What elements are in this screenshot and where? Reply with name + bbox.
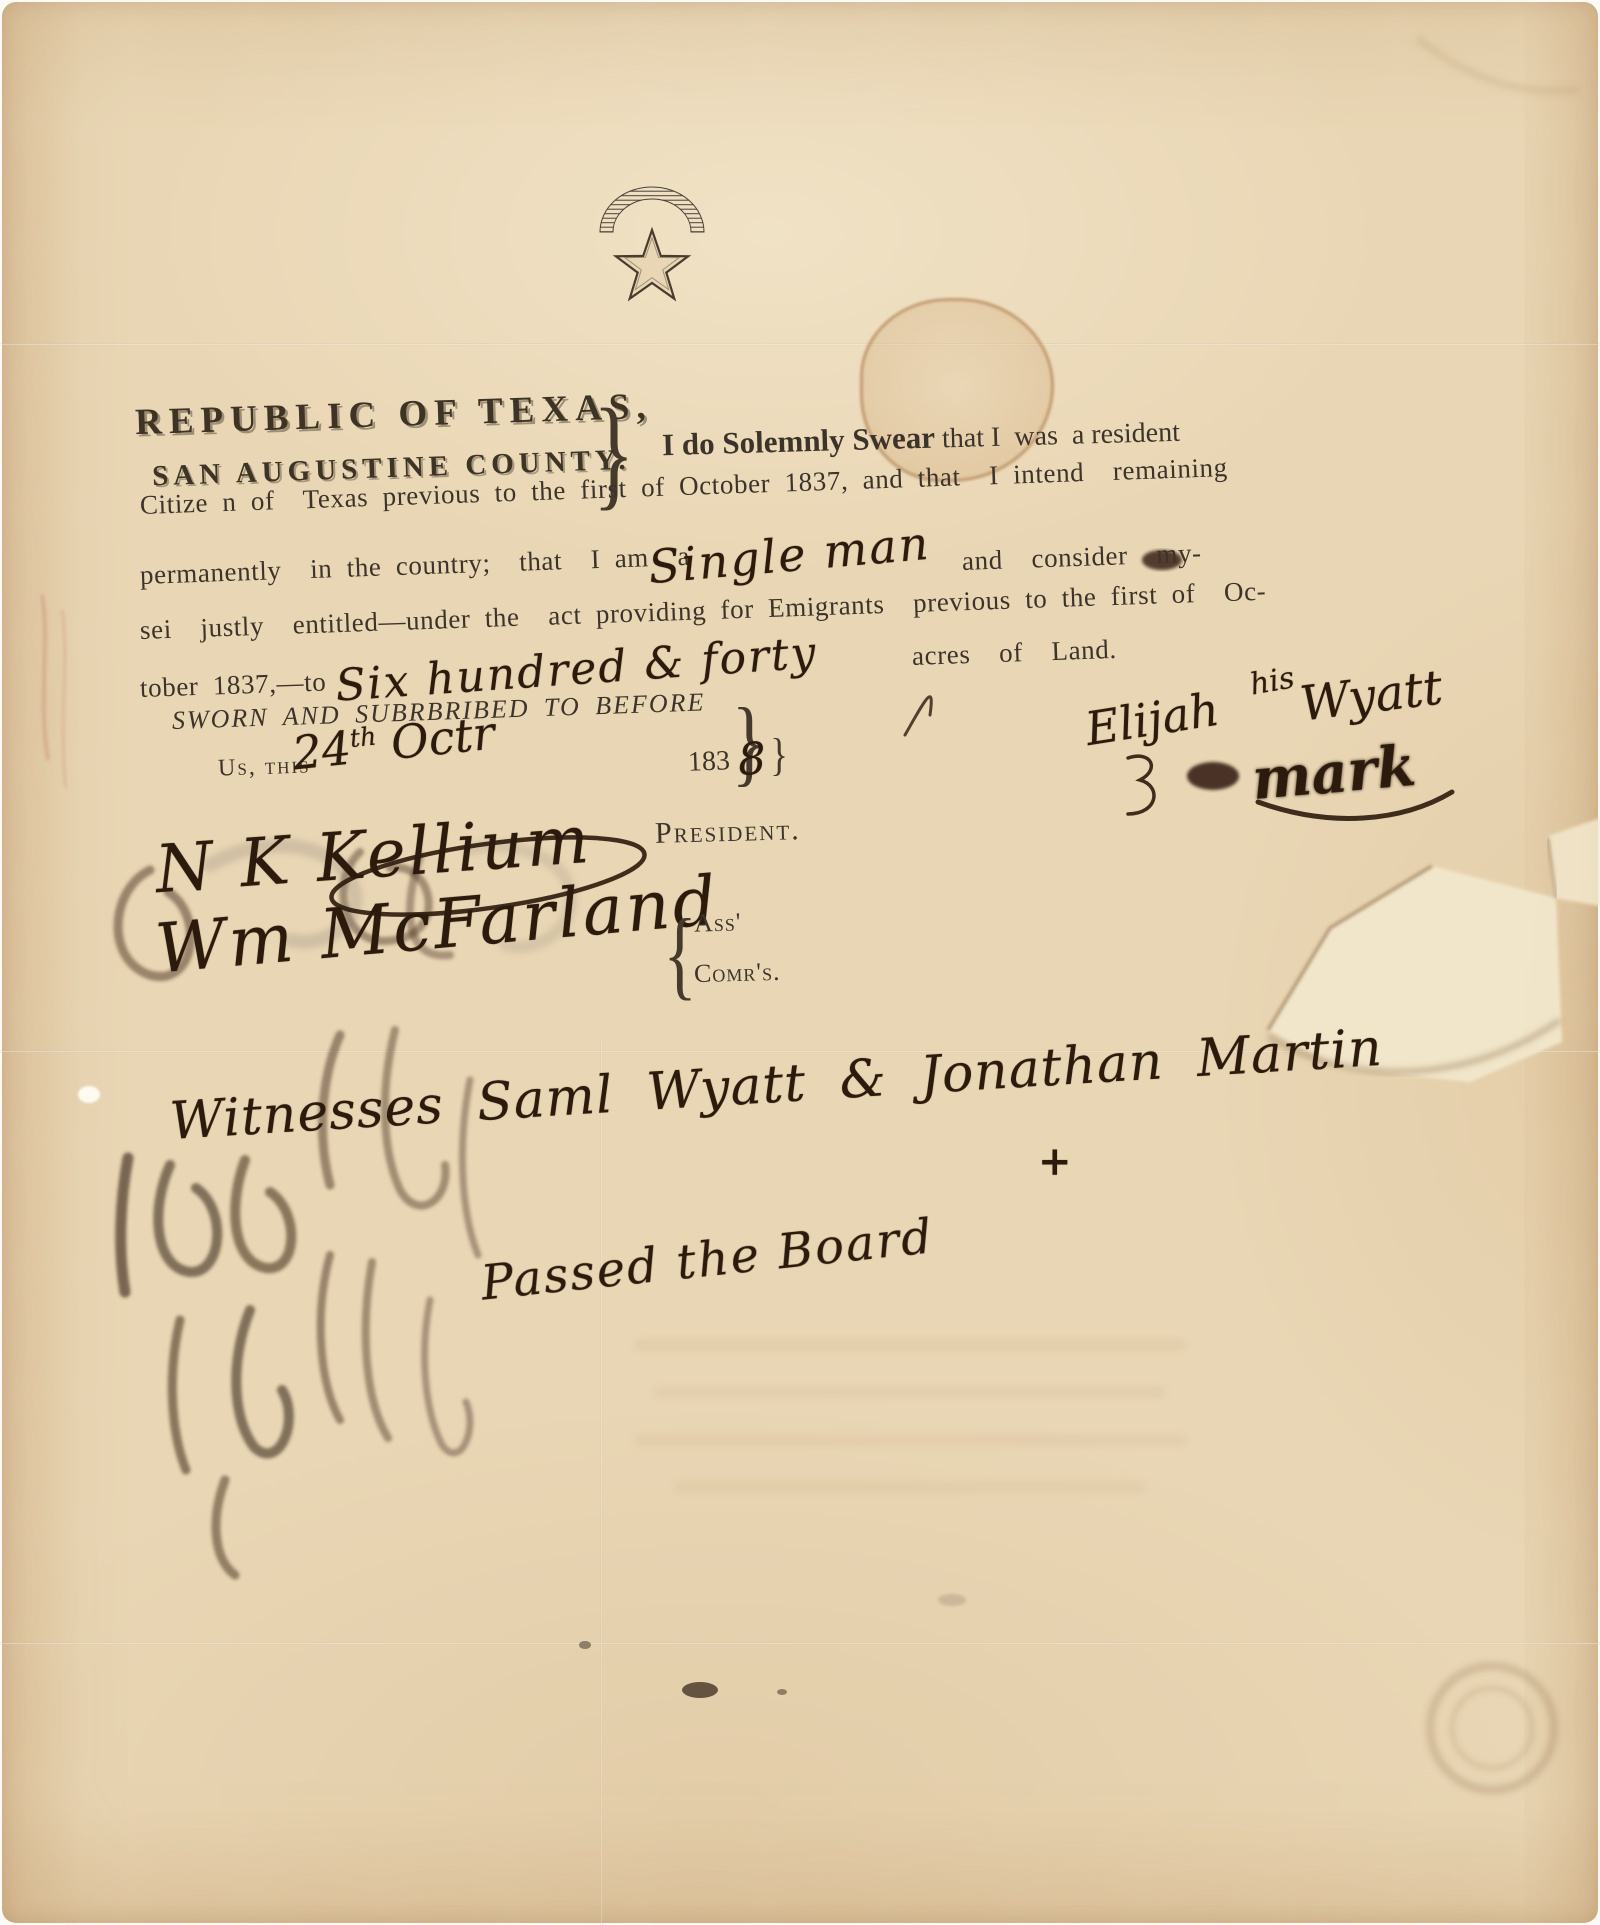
date-suffix: th — [348, 722, 377, 754]
year-brace: } — [770, 728, 788, 781]
star-icon — [616, 230, 688, 299]
commissioner-title-bottom: Comr's. — [694, 957, 781, 989]
oath-bold: I do Solemnly Swear — [662, 420, 936, 463]
red-margin-marks — [42, 595, 66, 788]
commissioner-title-top: Ass' — [694, 907, 742, 938]
president-title: President. — [655, 813, 802, 851]
oath-line-5a: tober 1837,—to — [139, 667, 326, 704]
year-printed: 183 — [687, 745, 730, 778]
oath-lead-rest: that I was a resident — [935, 417, 1181, 455]
embossed-seal — [1430, 1666, 1554, 1790]
witness-cross-mark: + — [1038, 1138, 1072, 1185]
date-month: Octr — [388, 706, 497, 771]
crescent-icon — [600, 187, 704, 232]
date-day: 24 — [290, 721, 354, 781]
year-handwritten: 8 — [736, 733, 767, 786]
texas-star-emblem — [600, 187, 704, 299]
scanned-document-page: REPUBLIC OF TEXAS, } SAN AUGUSTINE COUNT… — [0, 0, 1600, 1925]
commissioner-brace: { — [663, 896, 697, 1011]
